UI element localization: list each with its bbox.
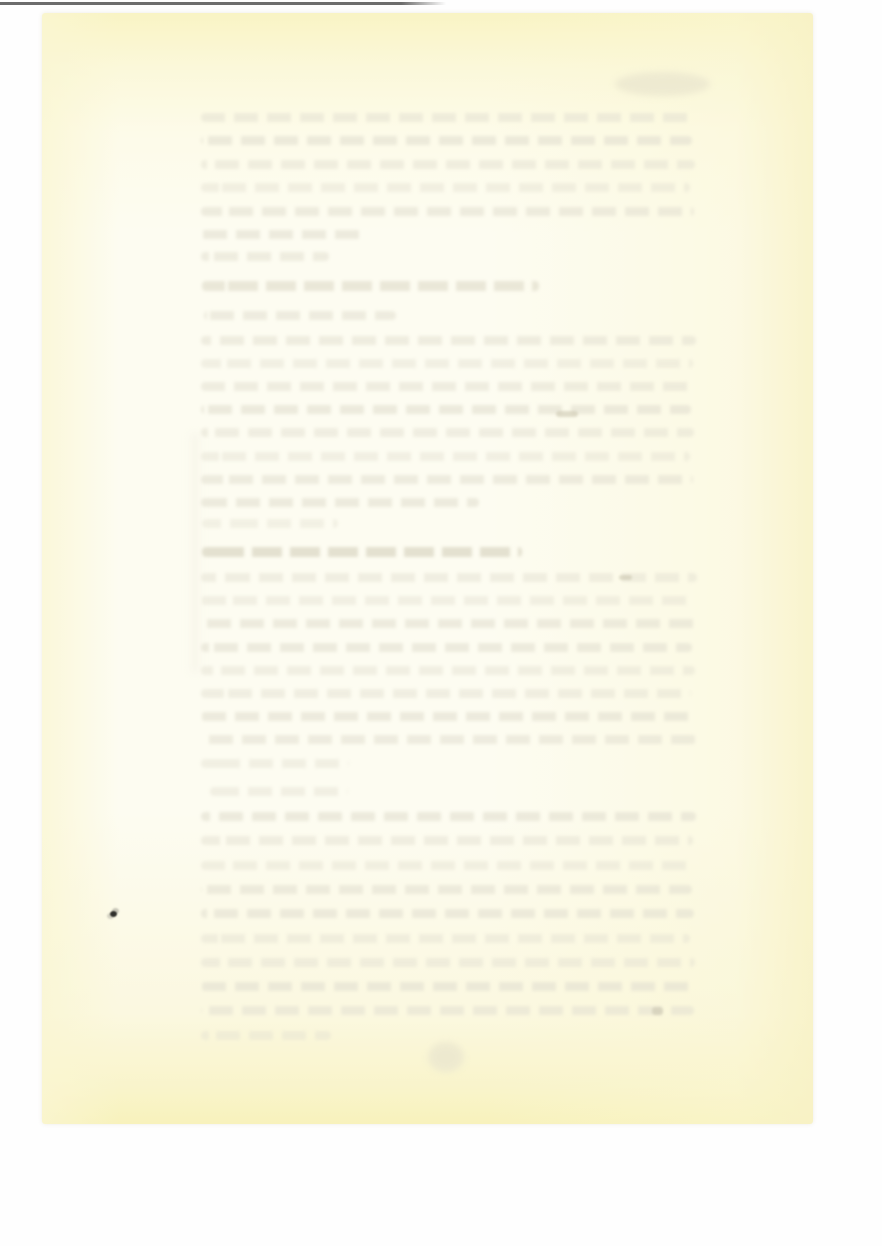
faded-text-line	[201, 113, 695, 122]
faded-text-line	[201, 207, 694, 216]
faded-text-line	[201, 812, 696, 821]
faded-text-line	[201, 735, 696, 744]
faded-text-line	[201, 712, 694, 721]
faded-text-line	[201, 666, 695, 675]
faded-text-line	[201, 475, 693, 484]
faded-text-line	[201, 885, 692, 894]
faded-text-line	[201, 136, 692, 145]
darker-ink-fragment	[556, 411, 578, 417]
ink-speck	[110, 911, 117, 917]
faded-text-line	[210, 787, 348, 796]
darker-ink-fragment	[619, 575, 632, 580]
faded-text-line	[201, 160, 695, 169]
faded-text-line	[201, 689, 691, 698]
faded-text-line	[201, 1031, 331, 1040]
faded-text-line	[202, 519, 338, 528]
faded-text-line	[201, 230, 361, 239]
faded-text-line	[201, 252, 329, 261]
faded-text-line	[204, 311, 396, 320]
faded-text-line	[201, 958, 695, 967]
faded-text-line	[201, 759, 349, 768]
faded-text-line	[201, 405, 691, 414]
faded-text-line	[202, 547, 522, 557]
faded-text-line	[201, 861, 695, 870]
faded-text-line	[201, 909, 694, 918]
faded-text-line	[201, 934, 690, 943]
faded-text-line	[201, 836, 693, 845]
scan-canvas	[0, 0, 882, 1246]
faded-text-line	[201, 382, 695, 391]
page-number-faded	[428, 1042, 464, 1072]
faded-text-line	[201, 359, 693, 368]
faded-text-line	[201, 982, 692, 991]
faded-text-line	[201, 596, 694, 605]
faded-text-line	[201, 643, 692, 652]
faded-text-line	[201, 183, 690, 192]
faded-text-line	[201, 619, 696, 628]
faded-text-line	[201, 336, 696, 345]
header-mark-faded	[615, 72, 710, 96]
darker-ink-fragment	[652, 1007, 663, 1015]
faded-text-line	[201, 452, 690, 461]
faded-text-line	[201, 1006, 694, 1015]
faded-text-line	[201, 498, 479, 507]
faded-text-line	[201, 428, 694, 437]
faded-text-line	[202, 281, 539, 291]
